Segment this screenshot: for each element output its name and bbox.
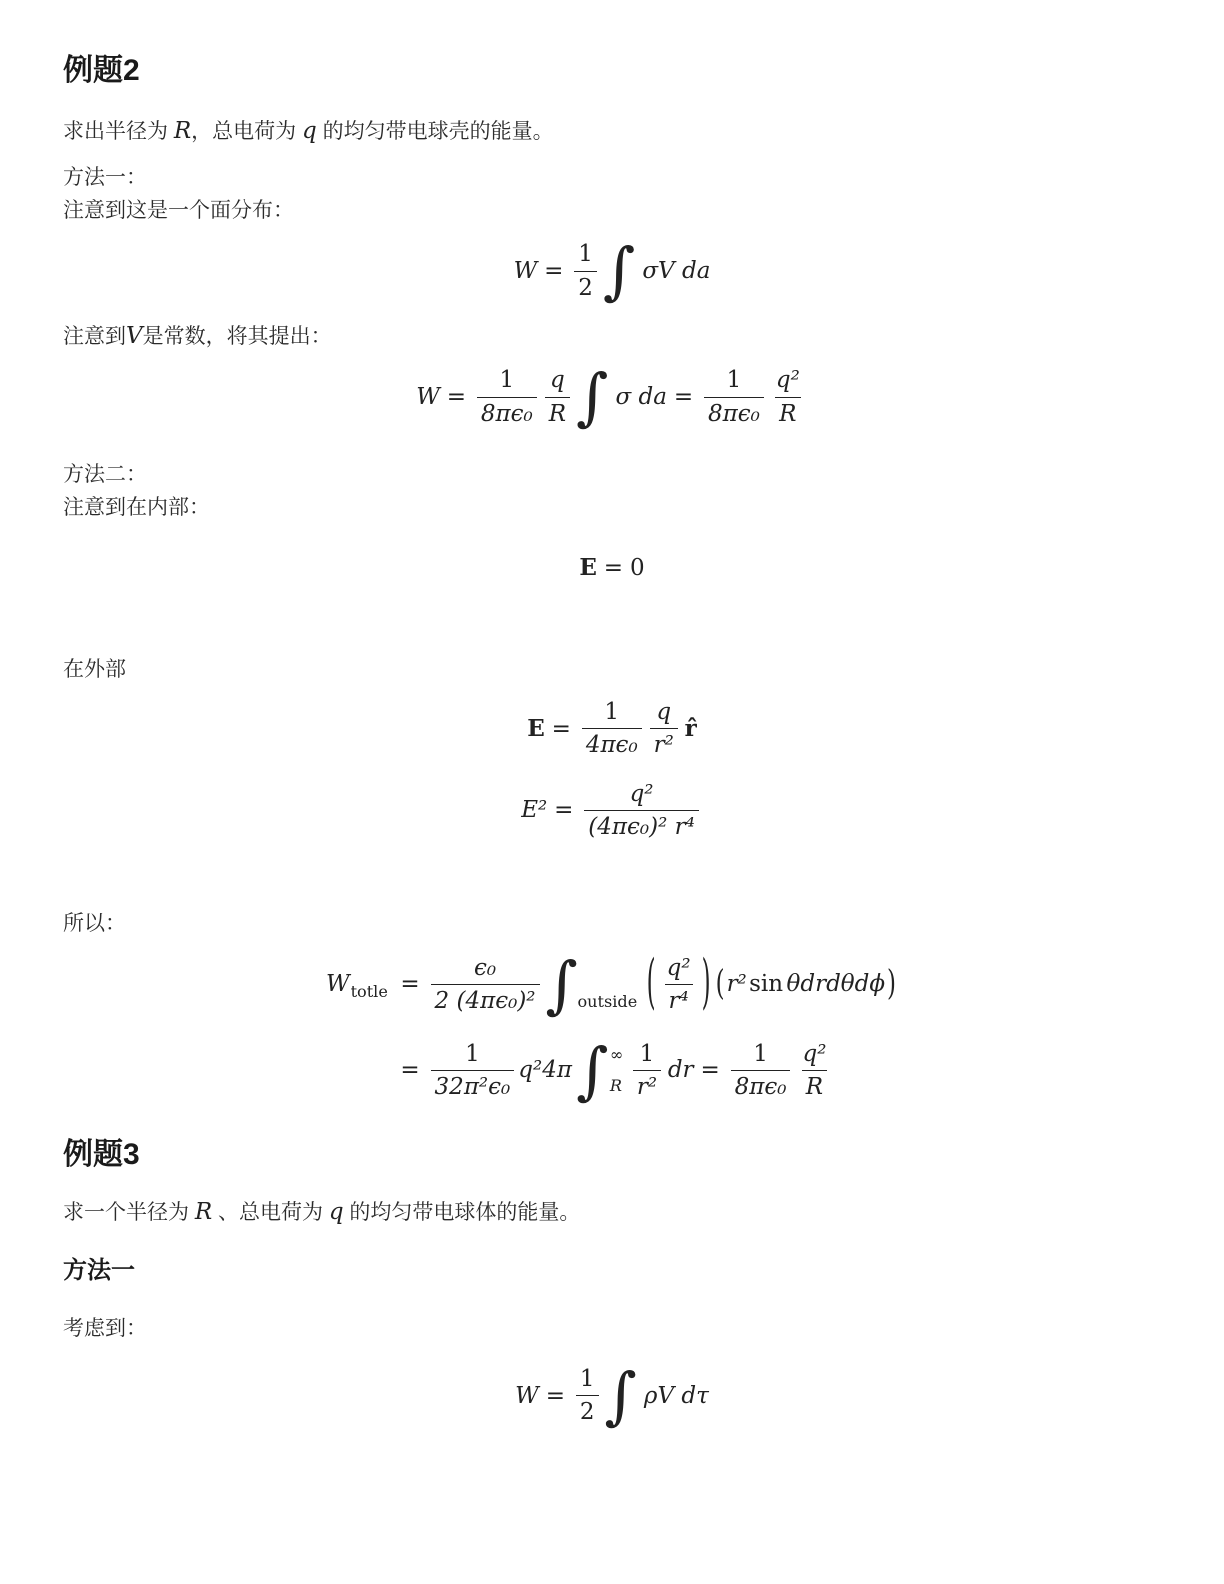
fraction-epsilon-term: ϵ₀ 2 (4πϵ₀)² [431,955,540,1015]
math-symbol-W: W [416,383,440,412]
equals-sign: = [546,1382,565,1411]
fraction-coulomb-constant: 1 8πϵ₀ [477,367,537,427]
equation-e-squared: E² = q² (4πϵ₀)² r⁴ [63,781,1161,841]
ex2-so-paragraph: 所以： [63,907,1161,940]
ex2-outside-paragraph: 在外部 [63,653,1161,686]
numerator: q [652,699,675,728]
fraction-one-half: 1 2 [574,241,597,301]
math-var-R: R [174,118,191,144]
denominator: r² [650,728,678,758]
equation-rhs-line1: = ϵ₀ 2 (4πϵ₀)² ∫ outside ( q² r⁴ ) ( r² … [393,954,898,1016]
numerator: 1 [496,367,519,396]
numerator: 1 [636,1041,659,1070]
denominator: 8πϵ₀ [704,397,764,427]
equation-w-total: W totle = ϵ₀ 2 (4πϵ₀)² ∫ outside ( q² r⁴… [63,954,1161,1102]
denominator: 4πϵ₀ [582,728,642,758]
numerator: q² [772,367,804,396]
integral-limits: ∞ R [610,1045,623,1097]
math-vector-E: E [527,715,545,744]
equals-sign: = [674,383,693,412]
text-run: 、总电荷为 [212,1201,329,1224]
inside-note: 注意到在内部： [63,496,210,519]
method2-label: 方法二： [63,463,147,486]
math-number-zero: 0 [630,554,645,583]
numerator: q² [626,781,658,810]
math-symbol-W: W [514,257,538,286]
text-run: 的均匀带电球体的能量。 [344,1201,581,1224]
subscript-totle: totle [351,982,388,1002]
right-paren: ) [887,963,896,1006]
integral-sign: ∫ [576,1040,608,1102]
denominator: R [775,397,800,427]
math-var-V: V [126,323,143,349]
numerator: q [546,367,569,396]
ex3-consider-paragraph: 考虑到： [63,1312,1161,1345]
fraction-q2-over-r4: q² r⁴ [663,955,695,1015]
math-differential-dr: dr [668,1056,694,1085]
ex2-intro-paragraph: 求出半径为 R，总电荷为 q 的均匀带电球壳的能量。 [63,115,1161,148]
equation-w-rho-v-dtau: W = 1 2 ∫ ρV dτ [63,1365,1161,1427]
right-paren-big: ) [702,948,711,1021]
integral-sign: ∫ [546,954,578,1016]
denominator: r² [633,1070,661,1100]
fraction-q-squared-over-R: q² R [798,1041,830,1101]
so-note: 所以： [63,912,126,935]
denominator: 8πϵ₀ [731,1070,791,1100]
integrand-sigma-v-da: σV da [642,257,710,286]
numerator: q² [798,1041,830,1070]
equation-rhs-line2: = 1 32π²ϵ₀ q²4π ∫ ∞ R 1 r² dr = 1 8πϵ₀ q… [393,1040,898,1102]
integrand-sigma-da: σ da [615,383,666,412]
integral-sign: ∫ [605,1365,637,1427]
document-page: 例题2 求出半径为 R，总电荷为 q 的均匀带电球壳的能量。 方法一：注意到这是… [0,0,1224,1584]
equals-sign: = [400,1056,419,1085]
text-run: 的均匀带电球壳的能量。 [317,120,554,143]
outside-note: 在外部 [63,658,126,681]
numerator: 1 [749,1041,772,1070]
numerator: 1 [723,367,746,396]
method1-label: 方法一： [63,166,147,189]
math-symbol-W: W [326,970,350,999]
ex2-v-constant-paragraph: 注意到V是常数，将其提出： [63,320,1161,353]
math-var-q: q [329,1199,344,1225]
equation-e-field-outside: E = 1 4πϵ₀ q r² r̂ [63,699,1161,759]
numerator: 1 [461,1041,484,1070]
math-symbol-W: W [515,1382,539,1411]
sine-operator: sin [749,970,783,999]
numerator: ϵ₀ [470,955,500,984]
fraction-32pi2: 1 32π²ϵ₀ [431,1041,515,1101]
numerator: 1 [576,1366,599,1395]
integral-sign: ∫ [576,366,608,428]
consider-note: 考虑到： [63,1317,147,1340]
text-run: 注意到 [63,325,126,348]
numerator: 1 [574,241,597,270]
equals-sign: = [447,383,466,412]
math-symbol-E-squared: E² [521,796,547,825]
equation-w-shell-result: W = 1 8πϵ₀ q R ∫ σ da = 1 8πϵ₀ q² R [63,366,1161,428]
ex2-method2-paragraph: 方法二：注意到在内部： [63,458,1161,524]
equals-sign: = [544,257,563,286]
text-run: 求出半径为 [63,120,174,143]
fraction-q-over-R: q R [545,367,570,427]
equals-sign: = [604,554,623,583]
fraction-coulomb-constant: 1 8πϵ₀ [704,367,764,427]
ex3-heading: 例题3 [63,1138,1161,1172]
ex2-method1-paragraph: 方法一：注意到这是一个面分布： [63,161,1161,227]
equals-sign: = [400,970,419,999]
denominator: r⁴ [665,984,693,1014]
fraction-one-half: 1 2 [576,1366,599,1426]
equals-sign: = [554,796,573,825]
math-var-q: q [302,118,317,144]
integrand-rho-v-dtau: ρV dτ [644,1382,709,1411]
fraction-q-squared-over-R: q² R [772,367,804,427]
fraction-q-over-r-squared: q r² [650,699,678,759]
math-coefficient-q2-4pi: q²4π [518,1056,572,1085]
surface-distribution-note: 注意到这是一个面分布： [63,199,294,222]
denominator: 2 [574,271,597,301]
math-term-r-squared: r² [727,970,747,999]
math-term-differentials: θdrdθdϕ [787,970,886,999]
denominator: 8πϵ₀ [477,397,537,427]
denominator: R [802,1070,827,1100]
fraction-coulomb-constant: 1 4πϵ₀ [582,699,642,759]
ex3-method1-heading: 方法一 [63,1257,1161,1285]
math-vector-E: E [579,554,597,583]
denominator: 2 (4πϵ₀)² [431,984,540,1014]
text-run: 求一个半径为 [63,1201,195,1224]
integral-lower-limit-R: R [610,1076,623,1096]
fraction-1-over-r2: 1 r² [633,1041,661,1101]
text-run: 是常数，将其提出： [143,325,332,348]
ex3-intro-paragraph: 求一个半径为 R 、总电荷为 q 的均匀带电球体的能量。 [63,1196,1161,1229]
integral-sign: ∫ [603,240,635,302]
integral-upper-limit-infinity: ∞ [610,1045,623,1065]
ex2-heading: 例题2 [63,54,1161,88]
numerator: 1 [600,699,623,728]
denominator: 2 [576,1395,599,1425]
math-unit-vector-r-hat: r̂ [685,715,697,744]
left-paren-big: ( [647,948,656,1021]
text-run: ，总电荷为 [191,120,302,143]
denominator: R [545,397,570,427]
equation-e-zero: E = 0 [63,554,1161,583]
fraction-e-squared: q² (4πϵ₀)² r⁴ [584,781,699,841]
equation-w-sigma-v-da: W = 1 2 ∫ σV da [63,240,1161,302]
denominator: 32π²ϵ₀ [431,1070,515,1100]
equation-lhs-w-totle: W totle [326,970,394,999]
numerator: q² [663,955,695,984]
left-paren: ( [716,963,725,1006]
integral-limit-outside: outside [577,992,637,1012]
equals-sign: = [552,715,571,744]
equals-sign: = [700,1056,719,1085]
fraction-coulomb-constant: 1 8πϵ₀ [731,1041,791,1101]
math-var-R: R [195,1199,212,1225]
denominator: (4πϵ₀)² r⁴ [584,810,699,840]
